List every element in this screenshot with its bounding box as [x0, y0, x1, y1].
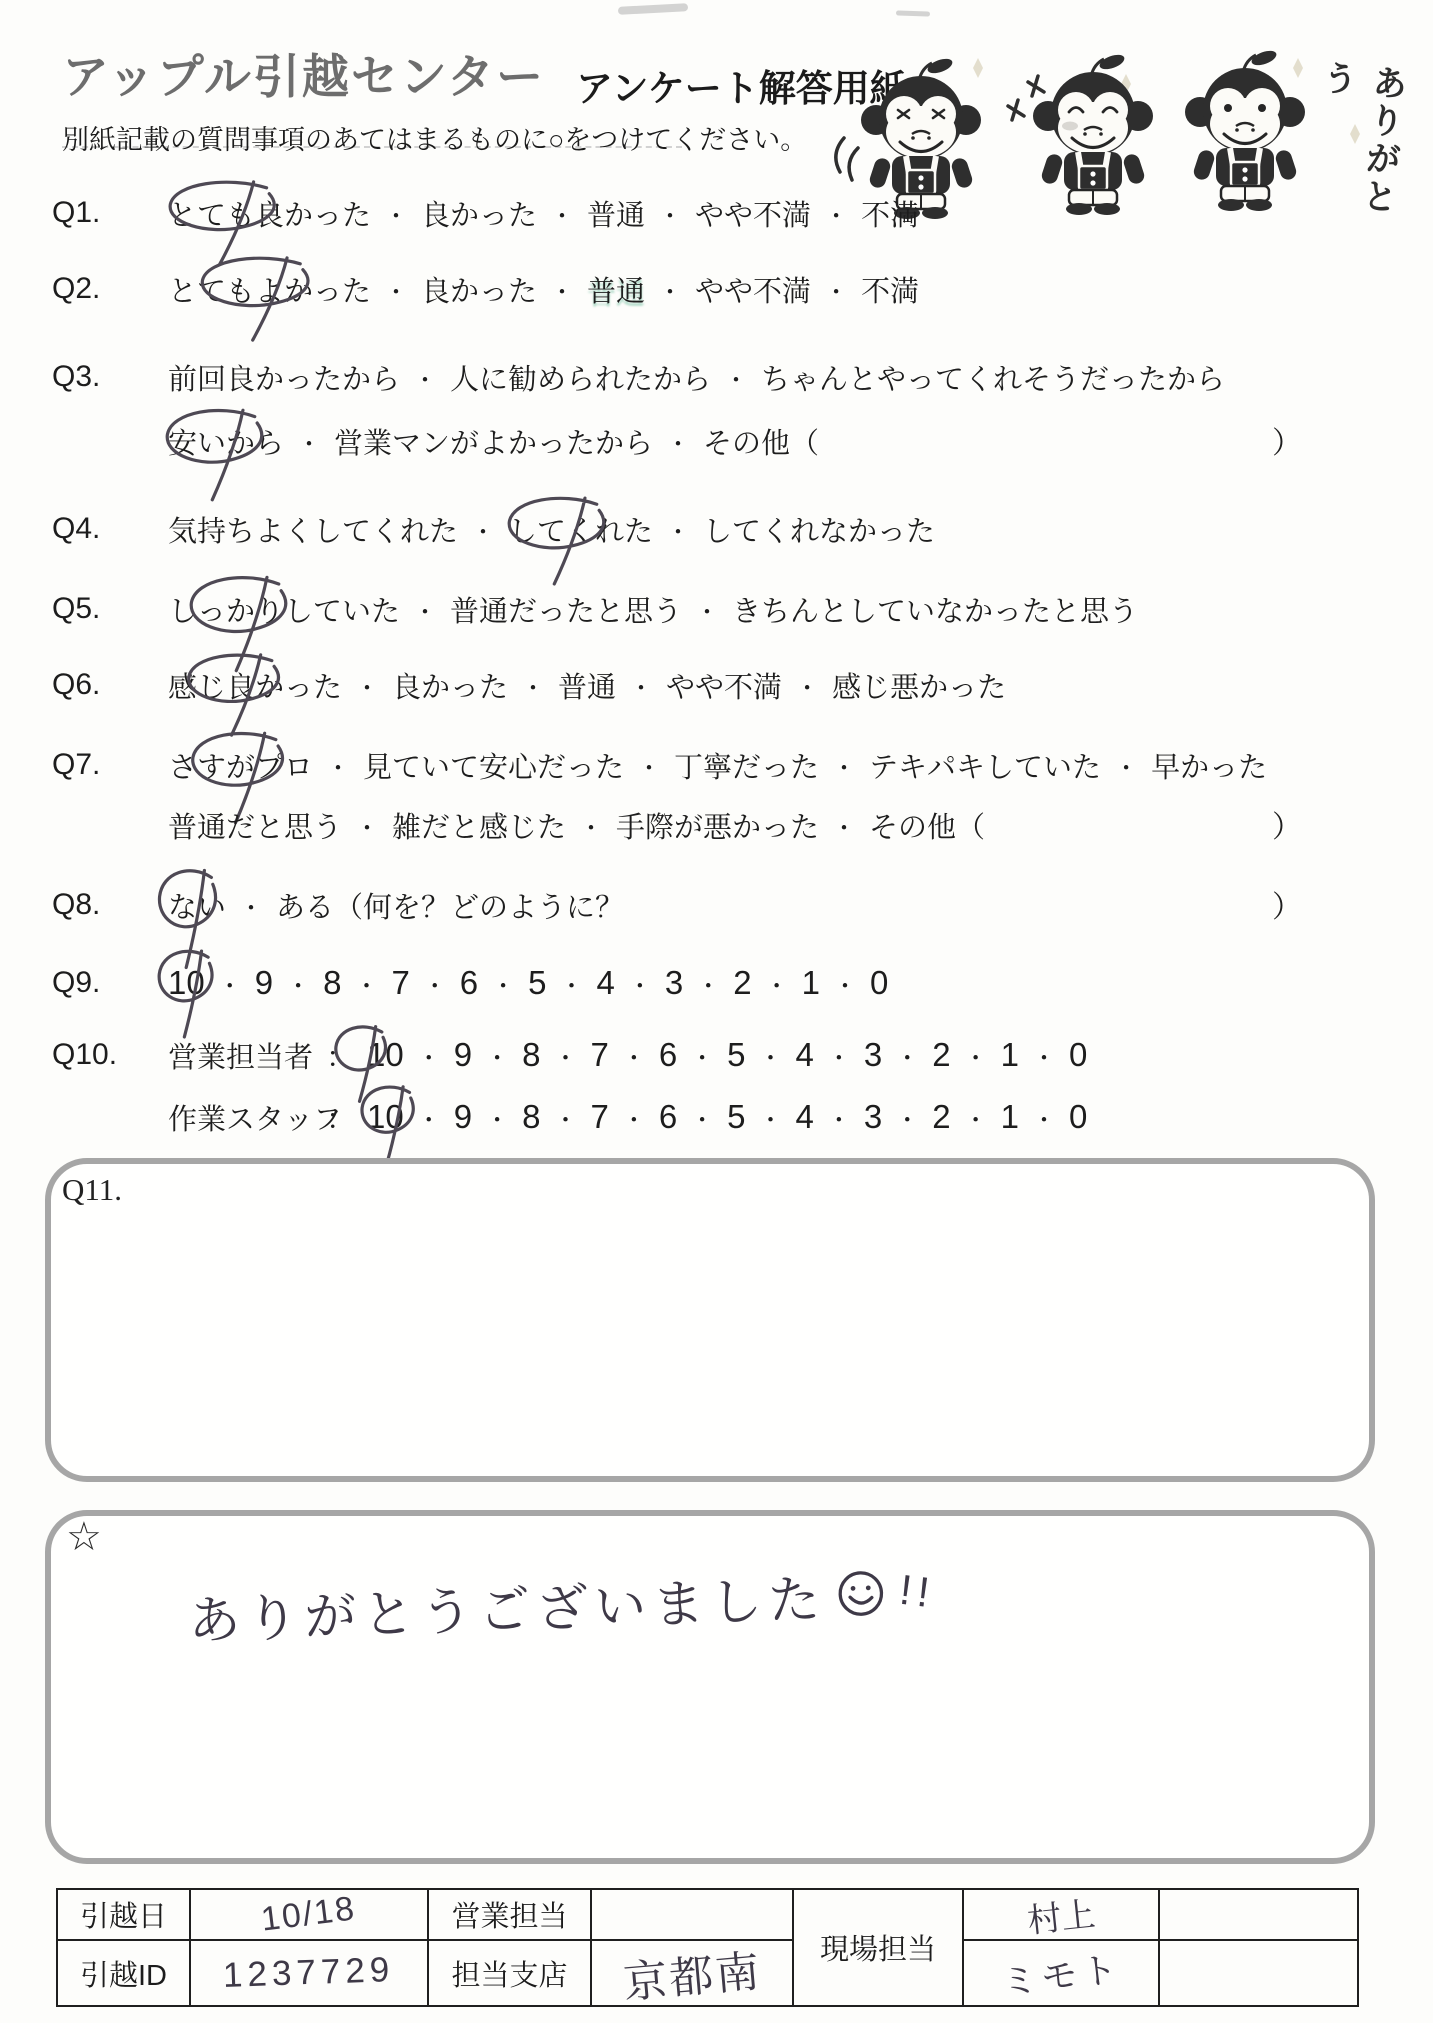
answer-option-circled: 感じ良かった: [168, 665, 342, 706]
answer-option-circled: さすがプロ: [168, 745, 313, 786]
question-row-q8: Q8. ない・ ある（何を？どのように？: [52, 884, 624, 926]
answer-option-circled: しっかりしていた: [168, 589, 400, 630]
empty-cell: [1159, 1889, 1358, 1940]
scale-value: 7: [590, 1036, 608, 1074]
scale-value: 9: [255, 964, 273, 1002]
scale-value: 1: [802, 964, 820, 1002]
question-row-q2: Q2. とてもよかった・ 良かった・ 普通・ やや不満・ 不満: [52, 268, 919, 310]
answer-option-circled: ない: [168, 885, 226, 926]
answer-option: 普通: [558, 665, 616, 706]
scale-separator: ・: [553, 1100, 577, 1135]
empty-cell: [1159, 1940, 1358, 2006]
option-separator: ・: [824, 196, 848, 231]
question-id: Q4.: [52, 512, 168, 546]
answer-options: 気持ちよくしてくれた・ してくれた・ してくれなかった: [168, 509, 935, 550]
scale-value: 8: [323, 964, 341, 1002]
option-separator: ・: [666, 512, 690, 547]
move-id-value: 1237729: [190, 1940, 428, 2006]
option-separator: ・: [550, 196, 574, 231]
answer-option: 見ていて安心だった: [363, 745, 624, 786]
scale-value: 6: [659, 1098, 677, 1136]
scale-value: 8: [522, 1098, 540, 1136]
label-colon: ：: [326, 1097, 355, 1138]
scale-separator: ・: [690, 1100, 714, 1135]
star-icon: ☆: [66, 1514, 102, 1560]
close-paren: ）: [1272, 882, 1302, 926]
scan-smudge: [896, 10, 930, 16]
scale-value: 0: [1069, 1098, 1087, 1136]
option-separator: ・: [239, 888, 263, 923]
question-row-q10-staff: 作業スタッフ ： 10・ 9・ 8・ 7・ 6・ 5・ 4・ 3・ 2・ 1・ …: [52, 1096, 1087, 1138]
scan-smudge: [618, 3, 688, 15]
answer-options: さすがプロ・ 見ていて安心だった・ 丁寧だった・ テキパキしていた・ 早かった: [168, 745, 1267, 786]
question-row-q10-sales: Q10. 営業担当者 ： 10・ 9・ 8・ 7・ 6・ 5・ 4・ 3・ 2・…: [52, 1034, 1087, 1076]
scale-value-circled: 10: [168, 964, 205, 1002]
scale-separator: ・: [696, 966, 720, 1001]
answer-option: 不満: [861, 193, 919, 234]
scale-value: 5: [727, 1036, 745, 1074]
answer-options: 感じ良かった・ 良かった・ 普通・ やや不満・ 感じ悪かった: [168, 665, 1006, 706]
option-separator: ・: [355, 668, 379, 703]
answer-option: 手際が悪かった: [616, 805, 819, 846]
scale-value-circled: 10: [367, 1098, 404, 1136]
question-row-q3-cont: 安いから・ 営業マンがよかったから・ その他（: [52, 420, 819, 462]
answer-options: 安いから・ 営業マンがよかったから・ その他（: [168, 421, 819, 462]
question-id: Q8.: [52, 888, 168, 922]
option-separator: ・: [384, 196, 408, 231]
scale-value: 8: [522, 1036, 540, 1074]
q11-answer-box: [45, 1158, 1375, 1482]
scale-value: 4: [597, 964, 615, 1002]
option-separator: ・: [550, 272, 574, 307]
scale-separator: ・: [895, 1100, 919, 1135]
answer-option: やや不満: [695, 193, 811, 234]
scale-value: 1: [1001, 1098, 1019, 1136]
answer-option: 普通: [587, 193, 645, 234]
answer-option: ちゃんとやってくれそうだったから: [761, 357, 1225, 398]
scale-value: 3: [864, 1098, 882, 1136]
option-separator: ・: [384, 272, 408, 307]
question-id: Q10.: [52, 1038, 168, 1072]
answer-option-circled: とても良かった: [168, 193, 371, 234]
scale-value: 2: [932, 1098, 950, 1136]
sales-rep-label: 営業担当: [428, 1889, 591, 1940]
answer-option: 人に勧められたから: [450, 357, 711, 398]
question-id: Q9.: [52, 966, 168, 1000]
question-id: Q5.: [52, 592, 168, 626]
rating-scale: 10・ 9・ 8・ 7・ 6・ 5・ 4・ 3・ 2・ 1・ 0: [168, 964, 888, 1002]
answer-option-circled: 安いから: [168, 421, 284, 462]
rating-scale: 10・ 9・ 8・ 7・ 6・ 5・ 4・ 3・ 2・ 1・ 0: [367, 1098, 1087, 1136]
answer-options: ない・ ある（何を？どのように？: [168, 885, 624, 926]
scale-row-label: 作業スタッフ: [168, 1097, 326, 1138]
scale-separator: ・: [417, 1038, 441, 1073]
answer-option: きちんとしていなかったと思う: [732, 589, 1138, 630]
scale-value: 3: [864, 1036, 882, 1074]
answer-options: しっかりしていた・ 普通だったと思う・ きちんとしていなかったと思う: [168, 589, 1138, 630]
scale-separator: ・: [622, 1038, 646, 1073]
sales-rep-value: [591, 1889, 793, 1940]
option-separator: ・: [724, 360, 748, 395]
branch-value: 京都南: [591, 1940, 793, 2006]
scale-value: 9: [454, 1098, 472, 1136]
scale-separator: ・: [759, 1100, 783, 1135]
answer-option: 丁寧だった: [674, 745, 819, 786]
field-staff-signature-2: ミモト: [963, 1940, 1159, 2006]
thanks-vertical-text: ありがとう: [1298, 58, 1413, 246]
scale-separator: ・: [485, 1038, 509, 1073]
question-row-q1: Q1. とても良かった・ 良かった・ 普通・ やや不満・ 不満: [52, 192, 919, 234]
answer-option-circled: とてもよかった: [168, 269, 371, 310]
option-separator: ・: [832, 808, 856, 843]
option-separator: ・: [824, 272, 848, 307]
branch-label: 担当支店: [428, 1940, 591, 2006]
question-row-q6: Q6. 感じ良かった・ 良かった・ 普通・ やや不満・ 感じ悪かった: [52, 664, 1006, 706]
question-id: Q3.: [52, 360, 168, 394]
scale-separator: ・: [622, 1100, 646, 1135]
question-row-q3: Q3. 前回良かったから・ 人に勧められたから・ ちゃんとやってくれそうだったか…: [52, 356, 1225, 398]
answer-option: 雑だと感じた: [392, 805, 566, 846]
scale-separator: ・: [417, 1100, 441, 1135]
answer-options: 普通だと思う・ 雑だと感じた・ 手際が悪かった・ その他（: [168, 805, 985, 846]
close-paren: ）: [1272, 802, 1302, 846]
option-separator: ・: [1114, 748, 1138, 783]
scale-separator: ・: [759, 1038, 783, 1073]
scale-separator: ・: [485, 1100, 509, 1135]
question-id: Q7.: [52, 748, 168, 782]
question-id: Q1.: [52, 196, 168, 230]
option-separator: ・: [666, 424, 690, 459]
rating-scale: 10・ 9・ 8・ 7・ 6・ 5・ 4・ 3・ 2・ 1・ 0: [367, 1036, 1087, 1074]
field-staff-signature-1: 村上: [963, 1889, 1159, 1940]
scale-value: 2: [932, 1036, 950, 1074]
answer-option: 普通だったと思う: [450, 589, 682, 630]
scale-value: 5: [727, 1098, 745, 1136]
question-row-q7-cont: 普通だと思う・ 雑だと感じた・ 手際が悪かった・ その他（: [52, 804, 985, 846]
answer-option: 良かった: [421, 193, 537, 234]
scale-separator: ・: [964, 1100, 988, 1135]
scale-separator: ・: [628, 966, 652, 1001]
q11-label: Q11.: [62, 1172, 122, 1208]
answer-option: その他（: [869, 805, 985, 846]
scale-value: 9: [454, 1036, 472, 1074]
option-separator: ・: [795, 668, 819, 703]
answer-option: やや不満: [695, 269, 811, 310]
monkey-mascot-3: [1185, 48, 1305, 211]
company-logo-text: アップル引越センター: [62, 40, 545, 107]
answer-option: 感じ悪かった: [832, 665, 1006, 706]
scale-value: 5: [528, 964, 546, 1002]
label-colon: ：: [326, 1035, 355, 1076]
option-separator: ・: [629, 668, 653, 703]
question-row-q9: Q9. 10・ 9・ 8・ 7・ 6・ 5・ 4・ 3・ 2・ 1・ 0: [52, 962, 888, 1004]
option-separator: ・: [413, 592, 437, 627]
answer-option: 普通: [587, 269, 645, 310]
answer-option: やや不満: [666, 665, 782, 706]
option-separator: ・: [413, 360, 437, 395]
move-date-value: 10/18: [190, 1889, 428, 1940]
scale-value: 4: [796, 1036, 814, 1074]
scale-separator: ・: [895, 1038, 919, 1073]
option-separator: ・: [355, 808, 379, 843]
answer-option: 良かった: [392, 665, 508, 706]
option-separator: ・: [637, 748, 661, 783]
motion-lines: [836, 138, 858, 180]
scale-separator: ・: [827, 1038, 851, 1073]
scale-separator: ・: [491, 966, 515, 1001]
scale-separator: ・: [560, 966, 584, 1001]
scale-value: 7: [391, 964, 409, 1002]
scale-separator: ・: [827, 1100, 851, 1135]
scale-value: 1: [1001, 1036, 1019, 1074]
answer-option: テキパキしていた: [869, 745, 1101, 786]
scale-separator: ・: [1032, 1038, 1056, 1073]
option-separator: ・: [326, 748, 350, 783]
question-row-q4: Q4. 気持ちよくしてくれた・ してくれた・ してくれなかった: [52, 508, 935, 550]
scanned-survey-sheet: アップル引越センター アンケート解答用紙 別紙記載の質問事項のあてはまるものに○…: [0, 0, 1433, 2023]
scale-value: 2: [733, 964, 751, 1002]
answer-option: 気持ちよくしてくれた: [168, 509, 458, 550]
scale-row-label: 営業担当者: [168, 1035, 326, 1076]
scale-value: 7: [590, 1098, 608, 1136]
sparkle-diamonds: [973, 58, 1360, 144]
smiley-face-doodle: [835, 1567, 887, 1619]
scale-separator: ・: [1032, 1100, 1056, 1135]
scale-value: 0: [1069, 1036, 1087, 1074]
scale-value-circled: 10: [367, 1036, 404, 1074]
answer-option: 普通だと思う: [168, 805, 342, 846]
answer-option: その他（: [703, 421, 819, 462]
answer-option: 不満: [861, 269, 919, 310]
answer-option: 営業マンがよかったから: [334, 421, 653, 462]
scale-separator: ・: [765, 966, 789, 1001]
instruction-text: 別紙記載の質問事項のあてはまるものに○をつけてください。: [62, 118, 807, 157]
scale-separator: ・: [833, 966, 857, 1001]
answer-option: ある（何を？どのように？: [276, 885, 624, 926]
answer-options: とても良かった・ 良かった・ 普通・ やや不満・ 不満: [168, 193, 919, 234]
close-paren: ）: [1272, 418, 1302, 462]
answer-option: 早かった: [1151, 745, 1267, 786]
option-separator: ・: [521, 668, 545, 703]
option-separator: ・: [695, 592, 719, 627]
field-staff-label: 現場担当: [793, 1889, 963, 2006]
scale-value: 3: [665, 964, 683, 1002]
option-separator: ・: [471, 512, 495, 547]
move-date-label: 引越日: [57, 1889, 190, 1940]
scale-separator: ・: [218, 966, 242, 1001]
question-row-q7: Q7. さすがプロ・ 見ていて安心だった・ 丁寧だった・ テキパキしていた・ 早…: [52, 744, 1267, 786]
answer-option: 良かった: [421, 269, 537, 310]
comment-exclamation: !!: [897, 1565, 938, 1617]
answer-option: 前回良かったから: [168, 357, 400, 398]
scale-value: 6: [659, 1036, 677, 1074]
question-row-q5: Q5. しっかりしていた・ 普通だったと思う・ きちんとしていなかったと思う: [52, 588, 1138, 630]
move-id-label: 引越ID: [57, 1940, 190, 2006]
scale-separator: ・: [553, 1038, 577, 1073]
monkey-mascot-2: [1033, 52, 1153, 215]
option-separator: ・: [832, 748, 856, 783]
option-separator: ・: [658, 196, 682, 231]
scale-separator: ・: [354, 966, 378, 1001]
option-separator: ・: [579, 808, 603, 843]
answer-option: してくれなかった: [703, 509, 935, 550]
scale-value: 4: [796, 1098, 814, 1136]
scale-separator: ・: [964, 1038, 988, 1073]
scale-separator: ・: [286, 966, 310, 1001]
blush-cheek: [1062, 122, 1078, 131]
question-id: Q2.: [52, 272, 168, 306]
option-separator: ・: [297, 424, 321, 459]
footer-info-table: 引越日 10/18 営業担当 現場担当 村上 引越ID 1237729 担当支店…: [56, 1888, 1359, 2007]
answer-options: 前回良かったから・ 人に勧められたから・ ちゃんとやってくれそうだったから: [168, 357, 1225, 398]
answer-option-circled: してくれた: [508, 509, 653, 550]
scale-value: 0: [870, 964, 888, 1002]
scale-separator: ・: [423, 966, 447, 1001]
scale-value: 6: [460, 964, 478, 1002]
option-separator: ・: [658, 272, 682, 307]
answer-options: とてもよかった・ 良かった・ 普通・ やや不満・ 不満: [168, 269, 919, 310]
scale-separator: ・: [690, 1038, 714, 1073]
question-id: Q6.: [52, 668, 168, 702]
